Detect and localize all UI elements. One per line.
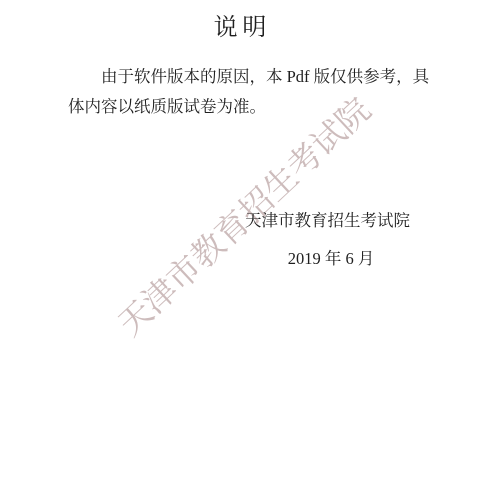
page-title: 说明 <box>0 14 480 42</box>
body-line: 体内容以纸质版试卷为准。 <box>68 92 416 122</box>
signature-line: 天津市教育招生考试院 <box>245 210 410 232</box>
body-line: 由于软件版本的原因，本 Pdf 版仅供参考，具 <box>68 62 416 92</box>
date-line: 2019 年 6 月 <box>250 248 412 270</box>
body-paragraph: 由于软件版本的原因，本 Pdf 版仅供参考，具 体内容以纸质版试卷为准。 <box>68 62 416 122</box>
document-page: 天津市教育招生考试院 说明 由于软件版本的原因，本 Pdf 版仅供参考，具 体内… <box>0 0 480 480</box>
